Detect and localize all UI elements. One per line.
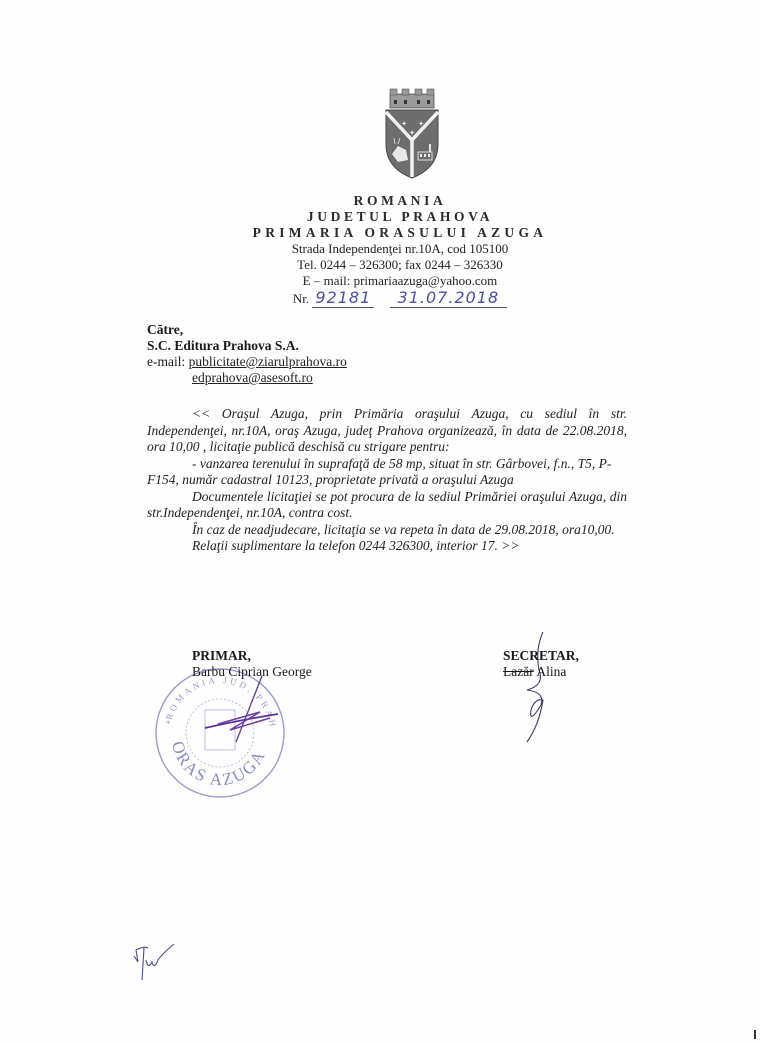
to-label: Către,: [147, 322, 347, 338]
svg-text:*: *: [166, 719, 171, 729]
recipient-block: Către, S.C. Editura Prahova S.A. e-mail:…: [147, 322, 347, 386]
coat-of-arms-icon: ✦ ✦ ✦: [384, 88, 440, 180]
registration-number-row: Nr. 92181 31.07.2018: [200, 289, 600, 308]
scan-edge-mark: [754, 1030, 756, 1039]
svg-text:✦: ✦: [409, 129, 415, 137]
county-heading: JUDETUL PRAHOVA: [200, 209, 600, 225]
svg-text:ORAS AZUGA: ORAS AZUGA: [168, 739, 269, 789]
letterhead: ROMANIA JUDETUL PRAHOVA PRIMARIA ORASULU…: [200, 193, 600, 308]
registration-number: 92181: [312, 288, 374, 308]
announcement-body: << Oraşul Azuga, prin Primăria oraşului …: [147, 406, 627, 555]
svg-text:✦: ✦: [401, 120, 407, 128]
email-line: E – mail: primariaazuga@yahoo.com: [200, 273, 600, 289]
institution-heading: PRIMARIA ORASULUI AZUGA: [200, 225, 600, 241]
paragraph-contact: Relaţii suplimentare la telefon 0244 326…: [147, 538, 627, 555]
document-page: ✦ ✦ ✦ ROMANIA JUDETUL PRAHOVA PRIMARIA O…: [0, 0, 760, 1045]
paragraph-repeat-date: În caz de neadjudecare, licitaţia se va …: [147, 522, 627, 539]
secretary-firstname: Alina: [536, 664, 566, 679]
mayor-signature-icon: [200, 672, 290, 742]
mayor-name: Barbu Ciprian George: [192, 664, 312, 680]
paragraph-land-sale: - vanzarea terenului în suprafaţă de 58 …: [147, 456, 627, 489]
recipient-email-2[interactable]: edprahova@asesoft.ro: [192, 370, 313, 385]
paragraph-documents: Documentele licitaţiei se pot procura de…: [147, 489, 627, 522]
recipient-email-row-2: edprahova@asesoft.ro: [147, 370, 347, 386]
nr-label: Nr.: [293, 291, 309, 306]
email-label: e-mail:: [147, 354, 185, 369]
address-line: Strada Independenţei nr.10A, cod 105100: [200, 241, 600, 257]
recipient-email-1[interactable]: publicitate@ziarulprahova.ro: [189, 354, 347, 369]
handwritten-initials-icon: [130, 940, 180, 985]
paragraph-intro: << Oraşul Azuga, prin Primăria oraşului …: [147, 406, 627, 456]
secretary-signature-block: SECRETAR, Lazăr Alina: [503, 648, 579, 680]
mayor-title: PRIMAR,: [192, 648, 312, 664]
stamp-text: ORAS AZUGA: [168, 739, 269, 789]
mayor-signature-block: PRIMAR, Barbu Ciprian George: [192, 648, 312, 680]
secretary-name: Lazăr Alina: [503, 664, 579, 680]
secretary-title: SECRETAR,: [503, 648, 579, 664]
phone-line: Tel. 0244 – 326300; fax 0244 – 326330: [200, 257, 600, 273]
recipient-email-row: e-mail: publicitate@ziarulprahova.ro: [147, 354, 347, 370]
registration-date: 31.07.2018: [390, 288, 508, 308]
recipient-company: S.C. Editura Prahova S.A.: [147, 338, 347, 354]
secretary-surname: Lazăr: [503, 664, 534, 679]
svg-text:✦: ✦: [418, 120, 424, 128]
country-heading: ROMANIA: [200, 193, 600, 209]
